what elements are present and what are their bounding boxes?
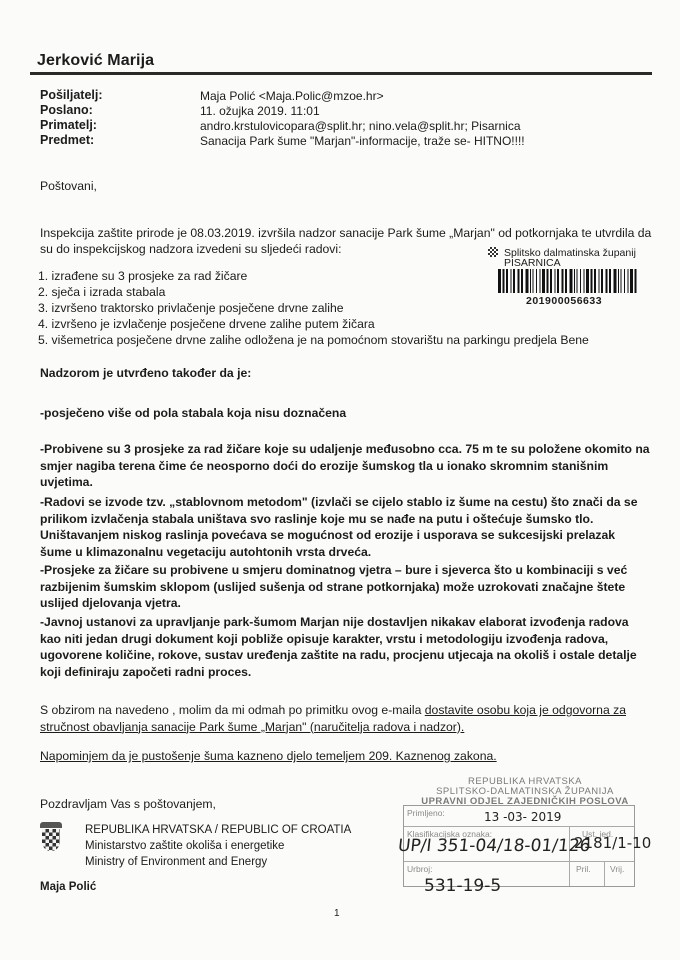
crown-icon [40,822,62,828]
list-item: 4. izvršeno je izvlačenje posječene drve… [38,316,589,332]
receipt-stamp: REPUBLIKA HRVATSKA SPLITSKO-DALMATINSKA … [395,778,675,898]
signature-line: Ministarstvo zaštite okoliša i energetik… [85,840,284,852]
findings-heading: Nadzorom je utvrđeno također da je: [40,365,650,382]
sent-value: 11. ožujka 2019. 11:01 [200,104,320,118]
finding-item: -Javnoj ustanovi za upravljanje park-šum… [40,614,650,680]
signature-line: Ministry of Environment and Energy [85,856,267,868]
request-paragraph: S obzirom na navedeno , molim da mi odma… [40,702,650,735]
sender-value: Maja Polić <Maja.Polic@mzoe.hr> [200,89,384,103]
subject-value: Sanacija Park šume "Marjan"-informacije,… [200,134,525,148]
finding-item: -Prosjeke za žičare su probivene u smjer… [40,562,650,612]
document-title: Jerković Marija [37,52,154,70]
legal-note: Napominjem da je pustošenje šuma kazneno… [40,748,650,765]
received-date: 13 -03- 2019 [484,810,561,824]
checkerboard-shield-icon [42,829,60,851]
sent-label: Poslano: [40,103,93,117]
subject-label: Predmet: [40,133,94,147]
received-label: Primljeno: [407,808,445,818]
page-number: 1 [334,908,340,919]
signature-line: REPUBLIKA HRVATSKA / REPUBLIC OF CROATIA [85,824,351,836]
stamp-grid: Primljeno: Klasifikacijska oznaka: Ust. … [403,805,635,887]
list-item: 2. sječa i izrada stabala [38,284,589,300]
croatian-coat-of-arms-icon [40,822,62,852]
request-text: S obzirom na navedeno , molim da mi odma… [40,703,425,717]
title-divider [30,72,652,75]
list-item: 5. višemetrica posječene drvne zalihe od… [38,332,589,348]
closing: Pozdravljam Vas s poštovanjem, [40,796,216,812]
attachments-label: Pril. [576,864,591,874]
recipient-label: Primatelj: [40,118,97,132]
classification-value: UP/I 351-04/18-01/126 [397,836,591,856]
list-item: 3. izvršeno traktorsko privlačenje posje… [38,300,589,316]
sender-label: Pošiljatelj: [40,88,103,102]
urbroj-label: Urbroj: [407,864,433,874]
finding-item: -Probivene su 3 prosjeke za rad žičare k… [40,441,650,491]
greeting: Poštovani, [40,178,97,194]
org-unit-value: 2181/1-10 [574,834,651,852]
croatian-checkerboard-icon [488,247,498,257]
list-item: 1. izrađene su 3 prosjeke za rad žičare [38,268,589,284]
works-list: 1. izrađene su 3 prosjeke za rad žičare … [38,268,589,348]
urbroj-value: 531-19-5 [424,876,501,896]
finding-item: -Radovi se izvode tzv. „stablovnom metod… [40,494,650,560]
recipient-value: andro.krstulovicopara@split.hr; nino.vel… [200,119,521,133]
signatory-name: Maja Polić [40,881,96,893]
finding-item: -posječeno više od pola stabala koja nis… [40,405,650,422]
value-label: Vrij. [610,864,624,874]
